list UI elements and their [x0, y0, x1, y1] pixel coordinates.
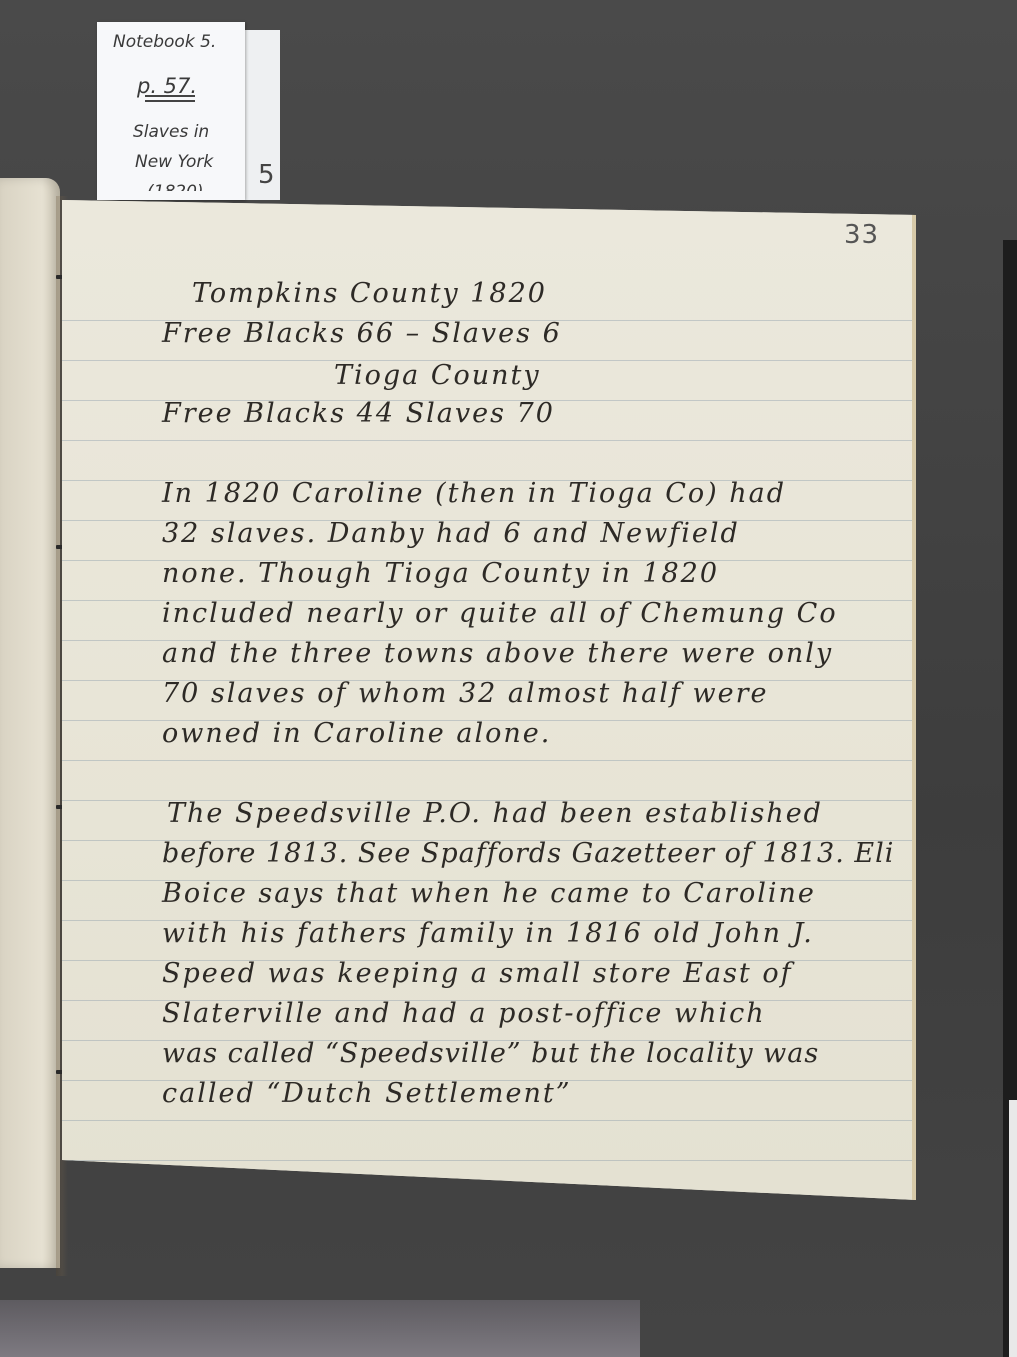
tompkins-heading: Tompkins County 1820 [192, 278, 547, 309]
caroline-paragraph-line: included nearly or quite all of Chemung … [162, 598, 838, 629]
ruled-line [62, 1160, 912, 1161]
caroline-paragraph-line: In 1820 Caroline (then in Tioga Co) had [162, 478, 786, 509]
page-number: 33 [844, 220, 879, 250]
speedsville-paragraph-line: before 1813. See Spaffords Gazetteer of … [162, 838, 894, 869]
caroline-paragraph-line: owned in Caroline alone. [162, 718, 551, 749]
tioga-heading: Tioga County [334, 360, 541, 391]
ruled-line [62, 1120, 912, 1121]
caroline-paragraph-line: none. Though Tioga County in 1820 [162, 558, 719, 589]
left-page-curl [0, 178, 60, 1268]
speedsville-paragraph-line: Boice says that when he came to Caroline [162, 878, 816, 909]
note-side-number: 5 [258, 160, 275, 190]
tompkins-figures: Free Blacks 66 – Slaves 6 [162, 318, 562, 349]
note-line-notebook: Notebook 5. [113, 32, 216, 52]
note-underline [145, 95, 195, 102]
caroline-paragraph-line: and the three towns above there were onl… [162, 638, 833, 669]
caroline-paragraph-line: 32 slaves. Danby had 6 and Newfield [162, 518, 740, 549]
speedsville-paragraph-line: with his fathers family in 1816 old John… [162, 918, 814, 949]
light-glare [0, 1300, 640, 1357]
caroline-paragraph-line: 70 slaves of whom 32 almost half were [162, 678, 768, 709]
notebook-page: 33 Tompkins County 1820 Free Blacks 66 –… [62, 200, 916, 1200]
note-line-newyork: New York [135, 152, 213, 172]
note-line-year: (1820) [147, 182, 204, 202]
speedsville-paragraph-line: Speed was keeping a small store East of [162, 958, 793, 989]
adjacent-paper-edge [1009, 1100, 1017, 1357]
note-line-slaves: Slaves in [133, 122, 209, 142]
speedsville-paragraph-line: Slaterville and had a post-office which [162, 998, 766, 1029]
speedsville-paragraph-line: was called “Speedsville” but the localit… [162, 1038, 819, 1069]
tioga-figures: Free Blacks 44 Slaves 70 [162, 398, 555, 429]
sticky-note: Notebook 5. p. 57. Slaves in New York (1… [97, 22, 245, 200]
speedsville-paragraph-line: called “Dutch Settlement” [162, 1078, 572, 1109]
ruled-line [62, 760, 912, 761]
ruled-line [62, 440, 912, 441]
speedsville-paragraph-line: The Speedsville P.O. had been establishe… [167, 798, 823, 829]
